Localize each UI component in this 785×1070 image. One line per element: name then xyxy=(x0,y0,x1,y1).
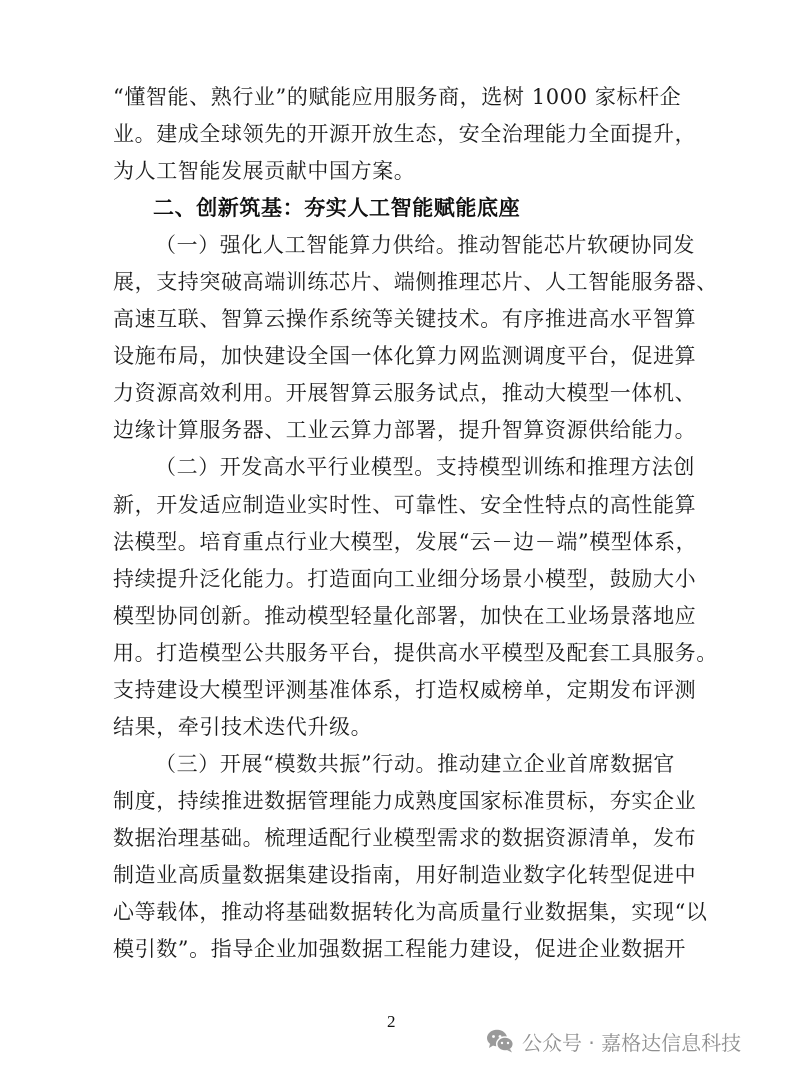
text-line: 业。建成全球领先的开源开放生态，安全治理能力全面提升， xyxy=(113,116,675,153)
document-body: “懂智能、熟行业”的赋能应用服务商，选树 1000 家标杆企 业。建成全球领先的… xyxy=(113,79,675,968)
paragraph-intro-continuation: “懂智能、熟行业”的赋能应用服务商，选树 1000 家标杆企 业。建成全球领先的… xyxy=(113,79,675,190)
text-line: （三）开展“模数共振”行动。推动建立企业首席数据官 xyxy=(113,746,675,783)
text-line: 结果，牵引技术迭代升级。 xyxy=(113,709,675,746)
text-line: （二）开发高水平行业模型。支持模型训练和推理方法创 xyxy=(113,449,675,486)
text-line: 数据治理基础。梳理适配行业模型需求的数据资源清单，发布 xyxy=(113,820,675,857)
text-line: 设施布局，加快建设全国一体化算力网监测调度平台，促进算 xyxy=(113,338,675,375)
wechat-icon xyxy=(486,1029,514,1053)
text-line: 用。打造模型公共服务平台，提供高水平模型及配套工具服务。 xyxy=(113,635,675,672)
section-heading: 二、创新筑基：夯实人工智能赋能底座 xyxy=(113,190,675,227)
document-page: “懂智能、熟行业”的赋能应用服务商，选树 1000 家标杆企 业。建成全球领先的… xyxy=(0,0,785,1070)
paragraph-compute-supply: （一）强化人工智能算力供给。推动智能芯片软硬协同发 展，支持突破高端训练芯片、端… xyxy=(113,227,675,449)
text-line: 边缘计算服务器、工业云算力部署，提升智算资源供给能力。 xyxy=(113,412,675,449)
text-line: 展，支持突破高端训练芯片、端侧推理芯片、人工智能服务器、 xyxy=(113,264,675,301)
text-line: 制度，持续推进数据管理能力成熟度国家标准贯标，夯实企业 xyxy=(113,783,675,820)
text-line: 持续提升泛化能力。打造面向工业细分场景小模型，鼓励大小 xyxy=(113,561,675,598)
text-line: 模型协同创新。推动模型轻量化部署，加快在工业场景落地应 xyxy=(113,598,675,635)
text-line: “懂智能、熟行业”的赋能应用服务商，选树 1000 家标杆企 xyxy=(113,79,675,116)
watermark-text: 公众号 · 嘉格达信息科技 xyxy=(522,1027,741,1056)
page-number: 2 xyxy=(387,1012,396,1032)
text-line: 制造业高质量数据集建设指南，用好制造业数字化转型促进中 xyxy=(113,857,675,894)
text-line: 新，开发适应制造业实时性、可靠性、安全性特点的高性能算 xyxy=(113,487,675,524)
section-heading-text: 二、创新筑基：夯实人工智能赋能底座 xyxy=(153,190,675,227)
paragraph-model-data-resonance: （三）开展“模数共振”行动。推动建立企业首席数据官 制度，持续推进数据管理能力成… xyxy=(113,746,675,968)
text-line: （一）强化人工智能算力供给。推动智能芯片软硬协同发 xyxy=(113,227,675,264)
text-line: 力资源高效利用。开展智算云服务试点，推动大模型一体机、 xyxy=(113,375,675,412)
text-line: 模引数”。指导企业加强数据工程能力建设，促进企业数据开 xyxy=(113,931,675,968)
watermark: 公众号 · 嘉格达信息科技 xyxy=(486,1026,741,1056)
text-line: 法模型。培育重点行业大模型，发展“云－边－端”模型体系， xyxy=(113,524,675,561)
paragraph-industry-models: （二）开发高水平行业模型。支持模型训练和推理方法创 新，开发适应制造业实时性、可… xyxy=(113,449,675,745)
text-line: 高速互联、智算云操作系统等关键技术。有序推进高水平智算 xyxy=(113,301,675,338)
text-line: 心等载体，推动将基础数据转化为高质量行业数据集，实现“以 xyxy=(113,894,675,931)
text-line: 支持建设大模型评测基准体系，打造权威榜单，定期发布评测 xyxy=(113,672,675,709)
text-line: 为人工智能发展贡献中国方案。 xyxy=(113,153,675,190)
